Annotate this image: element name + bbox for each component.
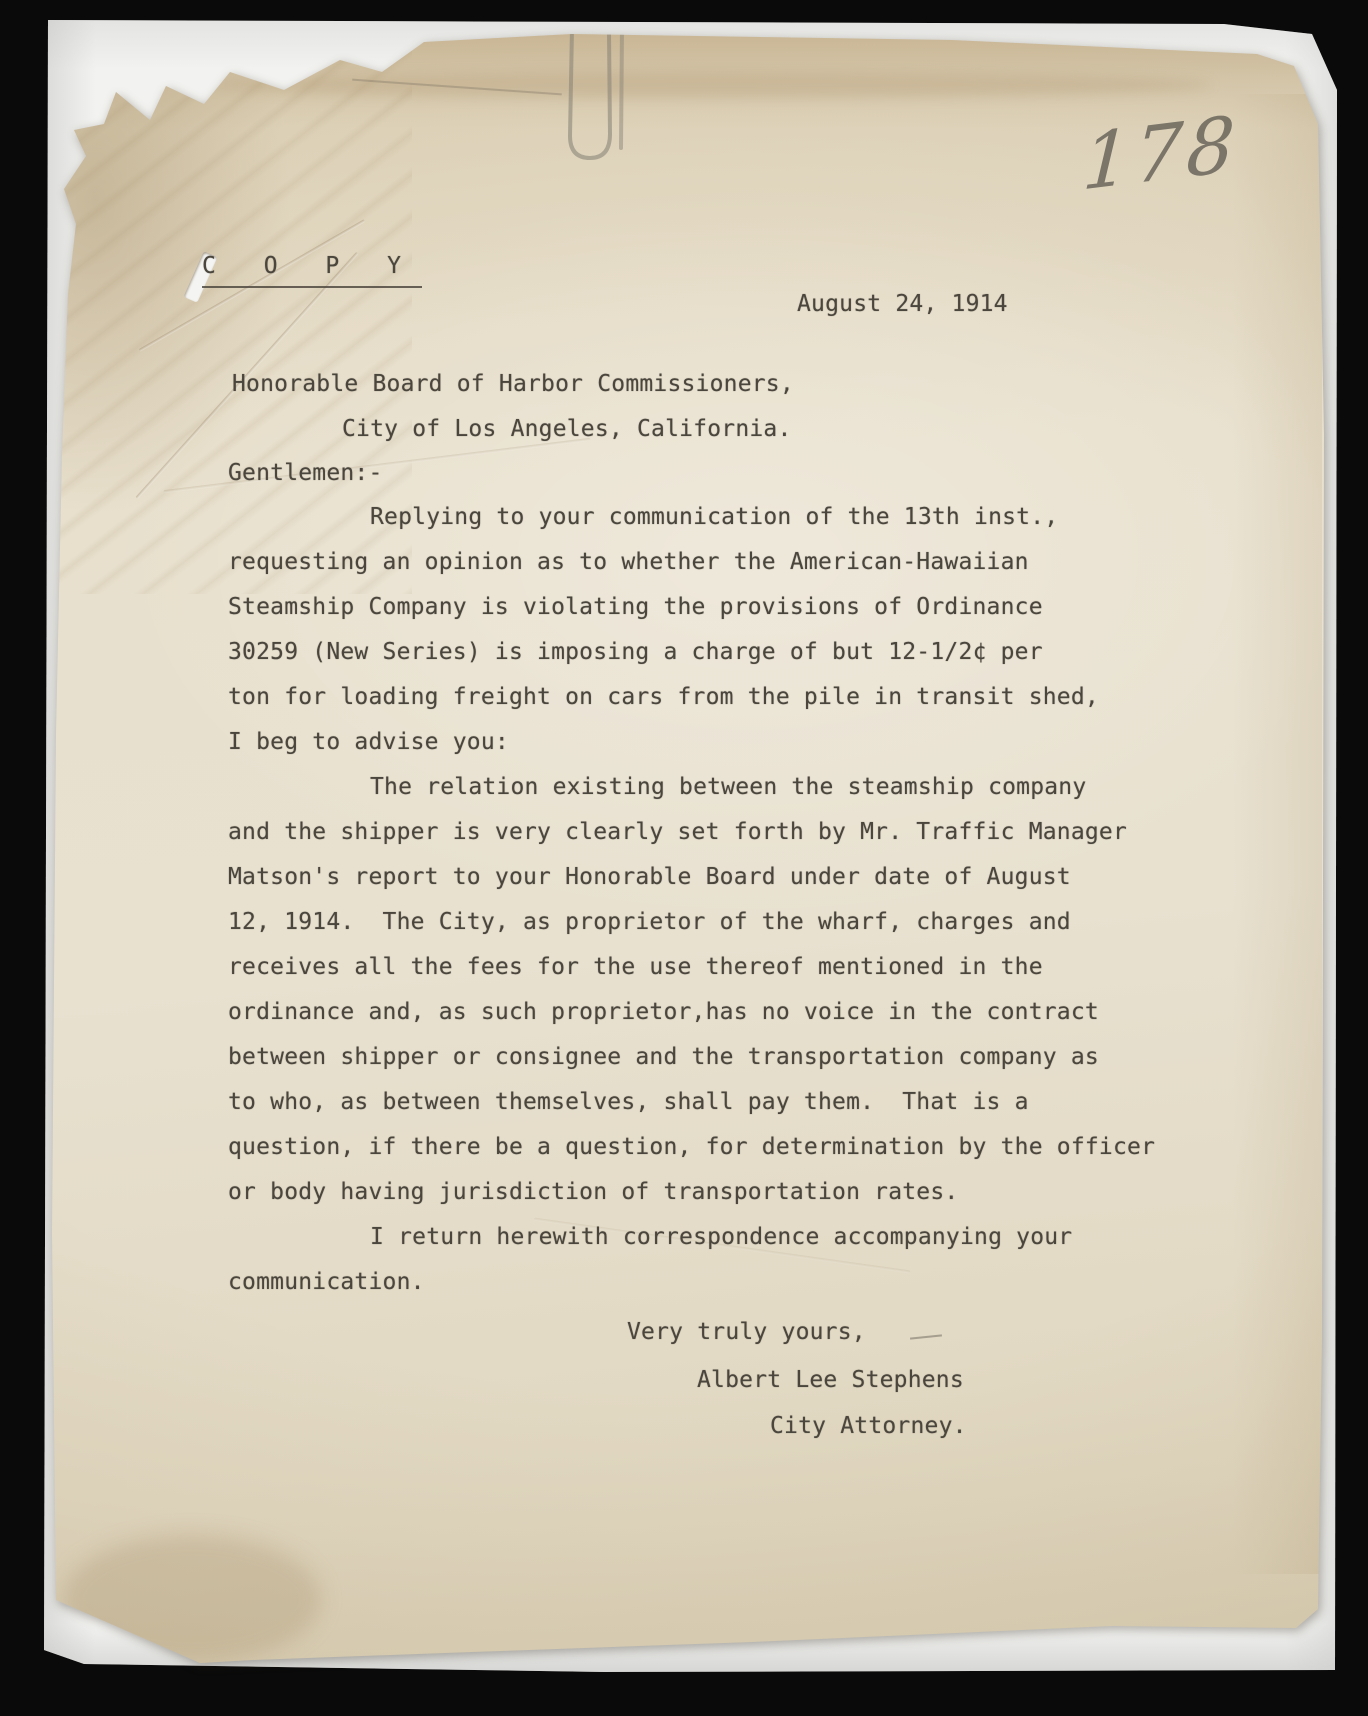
letter-line: 30259 (New Series) is imposing a charge … xyxy=(228,630,1228,675)
letter-paper: C O P Y August 24, 1914 Honorable Board … xyxy=(52,34,1326,1668)
closing: Very truly yours, xyxy=(627,1310,866,1355)
bottom-left-stain xyxy=(62,1534,322,1664)
signature-title: City Attorney. xyxy=(770,1404,967,1449)
copy-label: C O P Y xyxy=(202,246,422,288)
letter-line: ton for loading freight on cars from the… xyxy=(228,675,1228,720)
salutation: Gentlemen:- xyxy=(228,451,383,496)
letter-line: question, if there be a question, for de… xyxy=(228,1125,1228,1170)
paperclip-outline-icon xyxy=(552,28,642,213)
page-number-pencil: 178 xyxy=(1081,100,1264,203)
letter-line: between shipper or consignee and the tra… xyxy=(228,1035,1228,1080)
letter-line: Replying to your communication of the 13… xyxy=(228,495,1228,540)
pencil-dash-mark xyxy=(910,1334,942,1339)
top-stain-band xyxy=(212,72,1212,98)
letter-line: receives all the fees for the use thereo… xyxy=(228,945,1228,990)
letter-line: to who, as between themselves, shall pay… xyxy=(228,1080,1228,1125)
letter-line: communication. xyxy=(228,1260,1228,1305)
letter-paper-wrap: C O P Y August 24, 1914 Honorable Board … xyxy=(52,34,1326,1668)
right-edge-stain xyxy=(1232,94,1322,1574)
letter-line: Matson's report to your Honorable Board … xyxy=(228,855,1228,900)
letter-line: and the shipper is very clearly set fort… xyxy=(228,810,1228,855)
letter-line: I return herewith correspondence accompa… xyxy=(228,1215,1228,1260)
letter-line: 12, 1914. The City, as proprietor of the… xyxy=(228,900,1228,945)
recipient-line-2: City of Los Angeles, California. xyxy=(342,407,792,452)
letter-date: August 24, 1914 xyxy=(797,282,1008,327)
letter-body: Replying to your communication of the 13… xyxy=(228,495,1228,1305)
letter-line: or body having jurisdiction of transport… xyxy=(228,1170,1228,1215)
signature-name: Albert Lee Stephens xyxy=(697,1358,964,1403)
letter-line: I beg to advise you: xyxy=(228,720,1228,765)
pencil-stray-line xyxy=(352,79,562,96)
letter-line: requesting an opinion as to whether the … xyxy=(228,540,1228,585)
letter-line: ordinance and, as such proprietor,has no… xyxy=(228,990,1228,1035)
scan-background: C O P Y August 24, 1914 Honorable Board … xyxy=(0,0,1368,1716)
recipient-line-1: Honorable Board of Harbor Commissioners, xyxy=(232,362,794,407)
letter-line: Steamship Company is violating the provi… xyxy=(228,585,1228,630)
letter-line: The relation existing between the steams… xyxy=(228,765,1228,810)
